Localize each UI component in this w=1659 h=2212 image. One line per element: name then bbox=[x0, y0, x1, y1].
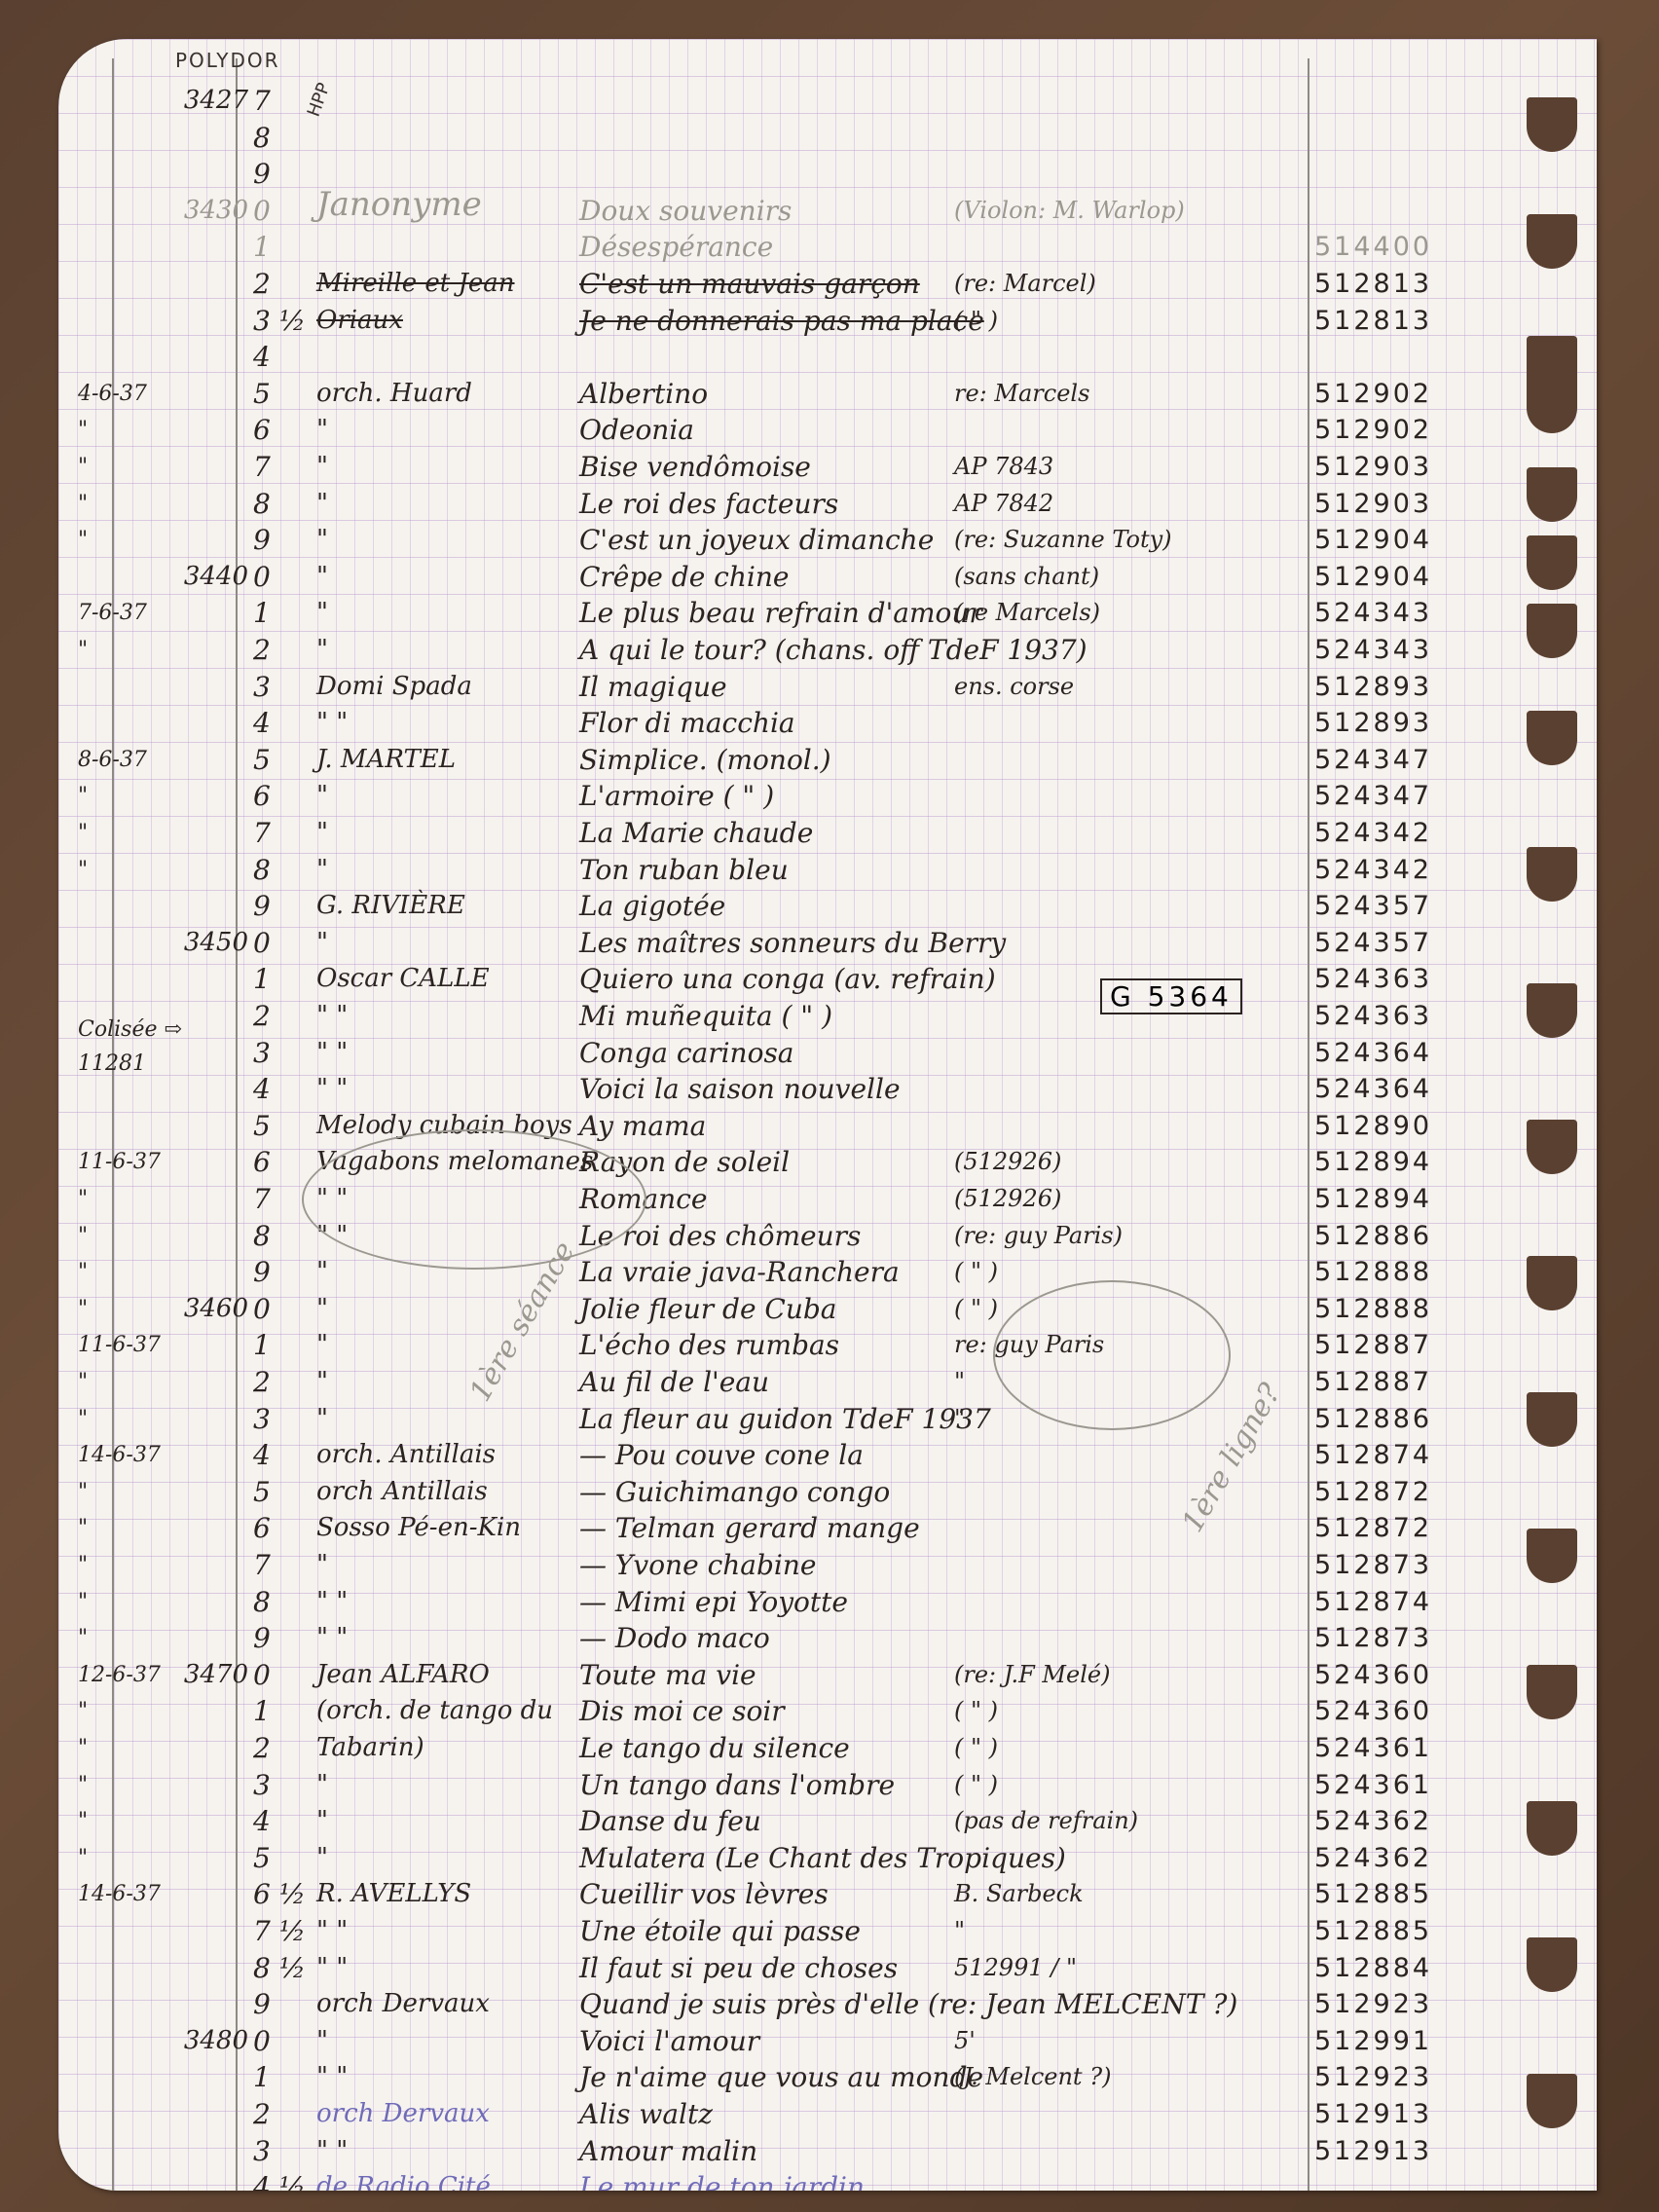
ledger-row: 34500"Les maîtres sonneurs du Berry52435… bbox=[58, 925, 1597, 961]
row-matrix: 512887 bbox=[1314, 1364, 1490, 1400]
margin-note-colisee: Colisée ⇨ bbox=[78, 1017, 182, 1042]
row-num: 5 bbox=[253, 1108, 312, 1144]
ledger-row: 1Oscar CALLEQuiero una conga (av. refrai… bbox=[58, 961, 1597, 997]
row-date: " bbox=[78, 1767, 175, 1803]
row-date: " bbox=[78, 449, 175, 485]
row-matrix: 524360 bbox=[1314, 1693, 1490, 1729]
ledger-row: "5"Mulatera (Le Chant des Tropiques)5243… bbox=[58, 1840, 1597, 1876]
ledger-row: "8"Ton ruban bleu524342 bbox=[58, 852, 1597, 888]
row-date: 7-6-37 bbox=[78, 595, 175, 631]
binder-hole bbox=[1527, 1392, 1577, 1447]
row-num: 1 bbox=[253, 229, 312, 265]
row-matrix: 524364 bbox=[1314, 1035, 1490, 1071]
row-title: Simplice. (monol.) bbox=[579, 742, 1105, 778]
row-num: 3 bbox=[253, 2133, 312, 2169]
row-title: Désespérance bbox=[579, 229, 1105, 265]
ledger-row: "7"Bise vendômoiseAP 7843512903 bbox=[58, 449, 1597, 485]
row-num: 2 bbox=[253, 1364, 312, 1400]
ledger-row: 7-6-371"Le plus beau refrain d'amour(re … bbox=[58, 595, 1597, 631]
row-matrix: 524347 bbox=[1314, 742, 1490, 778]
row-note: AP 7843 bbox=[954, 449, 1363, 485]
row-matrix: 524357 bbox=[1314, 925, 1490, 961]
row-num: 3 bbox=[253, 1035, 312, 1071]
ledger-row: "9"La vraie java-Ranchera( " )512888 bbox=[58, 1254, 1597, 1290]
row-matrix: 524360 bbox=[1314, 1657, 1490, 1693]
binder-hole bbox=[1527, 535, 1577, 590]
ledger-row: 34400"Crêpe de chine(sans chant)512904 bbox=[58, 559, 1597, 595]
row-title: La Marie chaude bbox=[579, 815, 1105, 851]
row-date: " bbox=[78, 1547, 175, 1583]
row-date: " bbox=[78, 632, 175, 668]
ledger-row: 34800"Voici l'amour5'512991 bbox=[58, 2023, 1597, 2059]
pencil-circle-note bbox=[993, 1280, 1231, 1430]
row-num: 9 bbox=[253, 1254, 312, 1290]
row-num: 8 ½ bbox=[253, 1950, 312, 1986]
row-title: L'armoire ( " ) bbox=[579, 778, 1105, 814]
ledger-row: 3 ½OriauxJe ne donnerais pas ma place( "… bbox=[58, 303, 1597, 339]
ledger-row: 2Mireille et JeanC'est un mauvais garçon… bbox=[58, 266, 1597, 302]
row-note: (re: Marcel) bbox=[954, 266, 1363, 302]
ledger-row: 11-6-376Vagabons melomanesRayon de solei… bbox=[58, 1144, 1597, 1180]
row-date: " bbox=[78, 1401, 175, 1437]
ledger-row: "9" "— Dodo maco512873 bbox=[58, 1620, 1597, 1656]
row-num: 0 bbox=[253, 1657, 312, 1693]
row-date: " bbox=[78, 1803, 175, 1839]
row-matrix: 512902 bbox=[1314, 376, 1490, 412]
row-num: 1 bbox=[253, 2059, 312, 2095]
row-note: (sans chant) bbox=[954, 559, 1363, 595]
row-note: 512991 / " bbox=[954, 1950, 1363, 1986]
ledger-row: 3" "Amour malin512913 bbox=[58, 2133, 1597, 2169]
row-num: 3 bbox=[253, 1767, 312, 1803]
ledger-row: "2Tabarin)Le tango du silence( " )524361 bbox=[58, 1730, 1597, 1766]
row-matrix: 512913 bbox=[1314, 2133, 1490, 2169]
row-title: Odeonia bbox=[579, 412, 1105, 448]
ledger-row: 8-6-375J. MARTELSimplice. (monol.)524347 bbox=[58, 742, 1597, 778]
row-date: " bbox=[78, 486, 175, 522]
row-num: 6 bbox=[253, 412, 312, 448]
row-date: 11-6-37 bbox=[78, 1327, 175, 1363]
ledger-row: 9 bbox=[58, 156, 1597, 192]
row-matrix: 512813 bbox=[1314, 303, 1490, 339]
row-title: Conga carinosa bbox=[579, 1035, 1105, 1071]
row-note: B. Sarbeck bbox=[954, 1876, 1363, 1912]
row-title: Quiero una conga (av. refrain) bbox=[579, 961, 1105, 997]
ledger-row: "6"L'armoire ( " )524347 bbox=[58, 778, 1597, 814]
row-matrix: 512904 bbox=[1314, 559, 1490, 595]
row-date: 12-6-37 bbox=[78, 1657, 175, 1693]
binder-hole bbox=[1527, 97, 1577, 152]
row-title: — Pou couve cone la bbox=[579, 1437, 1105, 1473]
ledger-row: 3Domi SpadaIl magiqueens. corse512893 bbox=[58, 669, 1597, 705]
row-note: (J. Melcent ?) bbox=[954, 2059, 1363, 2095]
row-num: 0 bbox=[253, 1291, 312, 1327]
row-num: 4 ½ bbox=[253, 2169, 312, 2191]
ledger-row: "5orch Antillais— Guichimango congo51287… bbox=[58, 1474, 1597, 1510]
row-note: (512926) bbox=[954, 1181, 1363, 1217]
row-date: " bbox=[78, 815, 175, 851]
row-num: 9 bbox=[253, 1986, 312, 2022]
row-note: " bbox=[954, 1913, 1363, 1949]
row-title: Ton ruban bleu bbox=[579, 852, 1105, 888]
row-num: 1 bbox=[253, 961, 312, 997]
ledger-row: 7 ½" "Une étoile qui passe"512885 bbox=[58, 1913, 1597, 1949]
row-num: 7 bbox=[253, 449, 312, 485]
row-num: 5 bbox=[253, 1840, 312, 1876]
row-matrix: 512991 bbox=[1314, 2023, 1490, 2059]
row-num: 0 bbox=[253, 925, 312, 961]
row-matrix: 512913 bbox=[1314, 2096, 1490, 2132]
ledger-page: POLYDOR HPP 342778934300Doux souvenirs(V… bbox=[58, 39, 1597, 2191]
row-matrix: 512894 bbox=[1314, 1181, 1490, 1217]
row-note: ( " ) bbox=[954, 1730, 1363, 1766]
binder-hole bbox=[1527, 214, 1577, 269]
row-title: — Yvone chabine bbox=[579, 1547, 1105, 1583]
row-num: 8 bbox=[253, 1584, 312, 1620]
row-num: 1 bbox=[253, 595, 312, 631]
ledger-row: 1Désespérance514400 bbox=[58, 229, 1597, 265]
row-title: — Guichimango congo bbox=[579, 1474, 1105, 1510]
ledger-row: 8 bbox=[58, 120, 1597, 156]
row-num: 0 bbox=[253, 193, 312, 229]
row-note: (re: guy Paris) bbox=[954, 1218, 1363, 1254]
row-num: 4 bbox=[253, 339, 312, 375]
row-matrix: 512893 bbox=[1314, 705, 1490, 741]
ledger-row: 9G. RIVIÈRELa gigotée524357 bbox=[58, 888, 1597, 924]
row-block: 3440 bbox=[170, 559, 248, 595]
row-matrix: 524347 bbox=[1314, 778, 1490, 814]
row-matrix: 512904 bbox=[1314, 522, 1490, 558]
ledger-row: 14-6-376 ½R. AVELLYSCueillir vos lèvresB… bbox=[58, 1876, 1597, 1912]
row-title: — Telman gerard mange bbox=[579, 1510, 1105, 1546]
row-num: 4 bbox=[253, 1803, 312, 1839]
row-matrix: 512884 bbox=[1314, 1950, 1490, 1986]
binder-hole bbox=[1527, 1937, 1577, 1992]
row-num: 3 ½ bbox=[253, 303, 312, 339]
row-note: (re: J.F Melé) bbox=[954, 1657, 1363, 1693]
row-block: 3450 bbox=[170, 925, 248, 961]
row-date: " bbox=[78, 1218, 175, 1254]
pencil-circle-artist bbox=[302, 1129, 646, 1270]
row-num: 8 bbox=[253, 1218, 312, 1254]
row-block: 3470 bbox=[170, 1657, 248, 1693]
ledger-row: 4 ½de Radio CitéLe mur de ton jardin bbox=[58, 2169, 1597, 2191]
row-matrix: 512874 bbox=[1314, 1437, 1490, 1473]
ledger-row: "8"Le roi des facteursAP 7842512903 bbox=[58, 486, 1597, 522]
row-title: Quand je suis près d'elle (re: Jean MELC… bbox=[579, 1986, 1105, 2022]
row-num: 2 bbox=[253, 998, 312, 1034]
row-title: — Dodo maco bbox=[579, 1620, 1105, 1656]
row-matrix: 512872 bbox=[1314, 1474, 1490, 1510]
row-date: " bbox=[78, 1291, 175, 1327]
row-num: 3 bbox=[253, 1401, 312, 1437]
binder-hole bbox=[1527, 1256, 1577, 1310]
row-matrix: 512893 bbox=[1314, 669, 1490, 705]
row-note: ( " ) bbox=[954, 1693, 1363, 1729]
row-num: 7 bbox=[253, 815, 312, 851]
boxed-reference: G 5364 bbox=[1100, 978, 1242, 1014]
ledger-row: "7"— Yvone chabine512873 bbox=[58, 1547, 1597, 1583]
row-date: " bbox=[78, 412, 175, 448]
row-num: 4 bbox=[253, 1071, 312, 1107]
ledger-row: "2"Au fil de l'eau"512887 bbox=[58, 1364, 1597, 1400]
row-num: 2 bbox=[253, 2096, 312, 2132]
row-matrix: 524343 bbox=[1314, 632, 1490, 668]
row-date: " bbox=[78, 1584, 175, 1620]
row-matrix: 512887 bbox=[1314, 1327, 1490, 1363]
row-num: 9 bbox=[253, 1620, 312, 1656]
row-title: A qui le tour? (chans. off TdeF 1937) bbox=[579, 632, 1105, 668]
row-title: La gigotée bbox=[579, 888, 1105, 924]
row-note: ( " ) bbox=[954, 303, 1363, 339]
row-title: Amour malin bbox=[579, 2133, 1105, 2169]
ledger-row: "6"Odeonia512902 bbox=[58, 412, 1597, 448]
row-note: (pas de refrain) bbox=[954, 1803, 1363, 1839]
row-note: (512926) bbox=[954, 1144, 1363, 1180]
row-matrix: 524361 bbox=[1314, 1730, 1490, 1766]
binder-hole bbox=[1527, 847, 1577, 902]
row-matrix: 512923 bbox=[1314, 2059, 1490, 2095]
binder-hole bbox=[1527, 467, 1577, 522]
row-matrix: 514400 bbox=[1314, 229, 1490, 265]
row-note: (re Marcels) bbox=[954, 595, 1363, 631]
row-date: " bbox=[78, 1181, 175, 1217]
row-note: re: Marcels bbox=[954, 376, 1363, 412]
binder-hole bbox=[1527, 711, 1577, 765]
ledger-row: 11-6-371"L'écho des rumbasre: guy Paris5… bbox=[58, 1327, 1597, 1363]
row-matrix: 512903 bbox=[1314, 449, 1490, 485]
ledger-row: 14-6-374orch. Antillais— Pou couve cone … bbox=[58, 1437, 1597, 1473]
row-date: " bbox=[78, 522, 175, 558]
row-num: 6 bbox=[253, 1510, 312, 1546]
row-num: 5 bbox=[253, 376, 312, 412]
row-note: ( " ) bbox=[954, 1767, 1363, 1803]
row-num: 6 bbox=[253, 1144, 312, 1180]
row-block: 3427 bbox=[170, 83, 248, 119]
row-date: " bbox=[78, 1510, 175, 1546]
ledger-row: 8 ½" "Il faut si peu de choses512991 / "… bbox=[58, 1950, 1597, 1986]
row-matrix: 512923 bbox=[1314, 1986, 1490, 2022]
row-matrix: 512886 bbox=[1314, 1401, 1490, 1437]
row-matrix: 512874 bbox=[1314, 1584, 1490, 1620]
row-matrix: 512903 bbox=[1314, 486, 1490, 522]
ledger-row: 9orch DervauxQuand je suis près d'elle (… bbox=[58, 1986, 1597, 2022]
ledger-row: 2orch DervauxAlis waltz512913 bbox=[58, 2096, 1597, 2132]
row-num: 1 bbox=[253, 1327, 312, 1363]
row-num: 4 bbox=[253, 1437, 312, 1473]
row-num: 6 bbox=[253, 778, 312, 814]
ledger-row: 4 bbox=[58, 339, 1597, 375]
row-num: 8 bbox=[253, 120, 312, 156]
row-matrix: 512890 bbox=[1314, 1108, 1490, 1144]
row-date: 14-6-37 bbox=[78, 1876, 175, 1912]
row-num: 7 bbox=[253, 1547, 312, 1583]
row-matrix: 512894 bbox=[1314, 1144, 1490, 1180]
row-date: " bbox=[78, 778, 175, 814]
binder-hole bbox=[1527, 336, 1577, 433]
binder-hole bbox=[1527, 2074, 1577, 2128]
row-matrix: 524342 bbox=[1314, 815, 1490, 851]
ledger-row: 2" "Mi muñequita ( " )524363 bbox=[58, 998, 1597, 1034]
row-note: (re: Suzanne Toty) bbox=[954, 522, 1363, 558]
row-num: 2 bbox=[253, 266, 312, 302]
row-matrix: 512885 bbox=[1314, 1876, 1490, 1912]
row-matrix: 524357 bbox=[1314, 888, 1490, 924]
row-num: 1 bbox=[253, 1693, 312, 1729]
row-title: Les maîtres sonneurs du Berry bbox=[579, 925, 1105, 961]
row-matrix: 512873 bbox=[1314, 1547, 1490, 1583]
row-date: " bbox=[78, 852, 175, 888]
row-block: 3480 bbox=[170, 2023, 248, 2059]
ledger-row: 3" "Conga carinosa524364 bbox=[58, 1035, 1597, 1071]
row-matrix: 524363 bbox=[1314, 961, 1490, 997]
row-date: 14-6-37 bbox=[78, 1437, 175, 1473]
row-num: 5 bbox=[253, 742, 312, 778]
ledger-row: 4" "Voici la saison nouvelle524364 bbox=[58, 1071, 1597, 1107]
row-matrix: 512888 bbox=[1314, 1291, 1490, 1327]
ledger-row: "7"La Marie chaude524342 bbox=[58, 815, 1597, 851]
row-date: 4-6-37 bbox=[78, 376, 175, 412]
row-title: Voici la saison nouvelle bbox=[579, 1071, 1105, 1107]
row-title: — Mimi epi Yoyotte bbox=[579, 1584, 1105, 1620]
row-matrix: 524364 bbox=[1314, 1071, 1490, 1107]
row-num: 7 bbox=[253, 83, 312, 119]
row-matrix: 512885 bbox=[1314, 1913, 1490, 1949]
ledger-row: "8" "— Mimi epi Yoyotte512874 bbox=[58, 1584, 1597, 1620]
ledger-row: 12-6-3734700Jean ALFAROToute ma vie(re: … bbox=[58, 1657, 1597, 1693]
row-num: 2 bbox=[253, 1730, 312, 1766]
ledger-row: "8" "Le roi des chômeurs(re: guy Paris)5… bbox=[58, 1218, 1597, 1254]
ledger-row: "6Sosso Pé-en-Kin— Telman gerard mange51… bbox=[58, 1510, 1597, 1546]
row-title: Mi muñequita ( " ) bbox=[579, 998, 1105, 1034]
row-date: " bbox=[78, 1474, 175, 1510]
ledger-row: 34300Doux souvenirs(Violon: M. Warlop) bbox=[58, 193, 1597, 229]
row-num: 8 bbox=[253, 852, 312, 888]
row-date: " bbox=[78, 1254, 175, 1290]
row-num: 8 bbox=[253, 486, 312, 522]
row-title: Ay mama bbox=[579, 1108, 1105, 1144]
row-date: " bbox=[78, 1840, 175, 1876]
row-block: 3460 bbox=[170, 1291, 248, 1327]
margin-note-number: 11281 bbox=[78, 1051, 146, 1076]
row-matrix: 512873 bbox=[1314, 1620, 1490, 1656]
row-num: 9 bbox=[253, 156, 312, 192]
row-num: 0 bbox=[253, 559, 312, 595]
binder-hole bbox=[1527, 983, 1577, 1038]
binder-hole bbox=[1527, 604, 1577, 658]
row-title: Mulatera (Le Chant des Tropiques) bbox=[579, 1840, 1105, 1876]
ledger-row: 5Melody cubain boysAy mama512890 bbox=[58, 1108, 1597, 1144]
row-note: AP 7842 bbox=[954, 486, 1363, 522]
ledger-row: 4-6-375orch. HuardAlbertinore: Marcels51… bbox=[58, 376, 1597, 412]
row-title: Le mur de ton jardin bbox=[579, 2169, 1105, 2191]
row-note: ens. corse bbox=[954, 669, 1363, 705]
row-block: 3430 bbox=[170, 193, 248, 229]
ledger-row: "4"Danse du feu(pas de refrain)524362 bbox=[58, 1803, 1597, 1839]
row-note: 5' bbox=[954, 2023, 1363, 2059]
ledger-row: "3"La fleur au guidon TdeF 1937"512886 bbox=[58, 1401, 1597, 1437]
ledger-row: "1(orch. de tango duDis moi ce soir( " )… bbox=[58, 1693, 1597, 1729]
row-date: 11-6-37 bbox=[78, 1144, 175, 1180]
row-matrix: 512902 bbox=[1314, 412, 1490, 448]
ledger-row: "2"A qui le tour? (chans. off TdeF 1937)… bbox=[58, 632, 1597, 668]
row-date: " bbox=[78, 1364, 175, 1400]
row-note: (Violon: M. Warlop) bbox=[954, 193, 1363, 229]
ledger-row: "7" "Romance(512926)512894 bbox=[58, 1181, 1597, 1217]
row-date: " bbox=[78, 1730, 175, 1766]
row-matrix: 512813 bbox=[1314, 266, 1490, 302]
row-matrix: 524342 bbox=[1314, 852, 1490, 888]
pencil-top-name: Janonyme bbox=[316, 185, 482, 224]
binder-hole bbox=[1527, 1120, 1577, 1174]
row-date: " bbox=[78, 1693, 175, 1729]
row-matrix: 524361 bbox=[1314, 1767, 1490, 1803]
ledger-row: 4" "Flor di macchia512893 bbox=[58, 705, 1597, 741]
ledger-row: "9"C'est un joyeux dimanche(re: Suzanne … bbox=[58, 522, 1597, 558]
row-title: Flor di macchia bbox=[579, 705, 1105, 741]
binder-hole bbox=[1527, 1801, 1577, 1856]
ledger-row: "34600"Jolie fleur de Cuba( " )512888 bbox=[58, 1291, 1597, 1327]
row-num: 9 bbox=[253, 522, 312, 558]
row-num: 6 ½ bbox=[253, 1876, 312, 1912]
row-note: ( " ) bbox=[954, 1254, 1363, 1290]
row-matrix: 524363 bbox=[1314, 998, 1490, 1034]
row-matrix: 524343 bbox=[1314, 595, 1490, 631]
row-matrix: 524362 bbox=[1314, 1840, 1490, 1876]
row-title: Alis waltz bbox=[579, 2096, 1105, 2132]
row-matrix: 512872 bbox=[1314, 1510, 1490, 1546]
row-num: 2 bbox=[253, 632, 312, 668]
ledger-row: "3"Un tango dans l'ombre( " )524361 bbox=[58, 1767, 1597, 1803]
binder-hole bbox=[1527, 1529, 1577, 1583]
label-header: POLYDOR bbox=[175, 49, 280, 72]
row-num: 7 ½ bbox=[253, 1913, 312, 1949]
row-date: 8-6-37 bbox=[78, 742, 175, 778]
binder-hole bbox=[1527, 1665, 1577, 1719]
ledger-row: 1" "Je n'aime que vous au monde(J. Melce… bbox=[58, 2059, 1597, 2095]
row-matrix: 512888 bbox=[1314, 1254, 1490, 1290]
row-num: 9 bbox=[253, 888, 312, 924]
row-num: 0 bbox=[253, 2023, 312, 2059]
row-date: " bbox=[78, 1620, 175, 1656]
row-matrix: 524362 bbox=[1314, 1803, 1490, 1839]
row-num: 4 bbox=[253, 705, 312, 741]
row-num: 5 bbox=[253, 1474, 312, 1510]
row-num: 3 bbox=[253, 669, 312, 705]
row-matrix: 512886 bbox=[1314, 1218, 1490, 1254]
ledger-row: 34277 bbox=[58, 83, 1597, 119]
